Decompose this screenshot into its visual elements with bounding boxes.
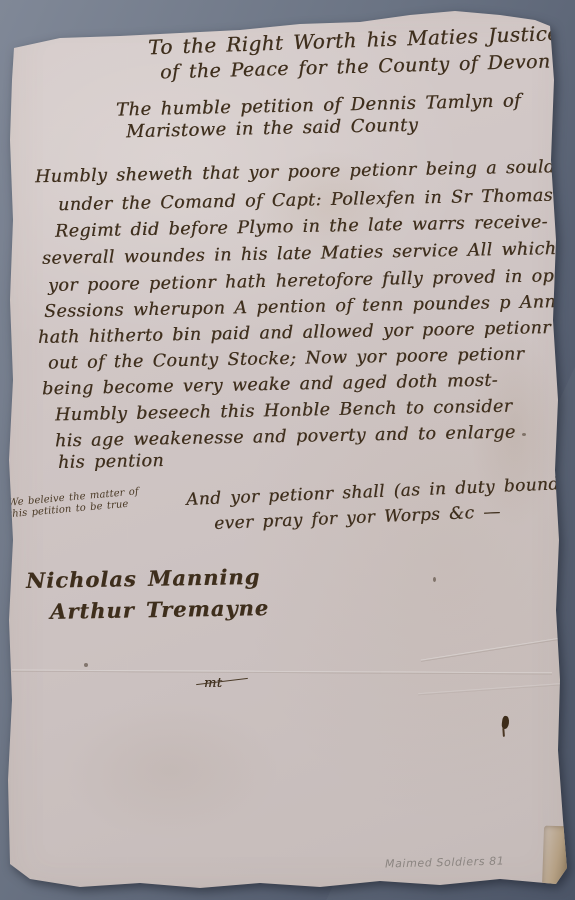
archival-note: Maimed Soldiers 81 [385, 854, 505, 870]
body-line: Sessions wherupon A pention of tenn poun… [44, 292, 568, 322]
body-line: being become very weake and aged doth mo… [42, 371, 498, 400]
manuscript-paper-wrap: To the Right Worth his Maties Justices o… [0, 0, 575, 900]
manuscript-paper: To the Right Worth his Maties Justices o… [0, 0, 575, 900]
fold-crease-horizontal [12, 670, 552, 675]
paper-stain [60, 700, 280, 840]
signature-arthur-tremayne: Arthur Tremayne [50, 595, 270, 624]
body-line: Humbly sheweth that yor poore petionr be… [35, 157, 575, 187]
body-line: hath hitherto bin paid and allowed yor p… [38, 318, 551, 348]
body-line: out of the County Stocke; Now yor poore … [48, 344, 525, 373]
body-line: severall woundes in his late Maties serv… [42, 239, 557, 269]
body-line: his pention [58, 451, 164, 473]
body-line: Regimt did before Plymo in the late warr… [55, 212, 548, 241]
paper-speck [433, 577, 436, 582]
fold-crease-diagonal [421, 636, 569, 661]
ink-blot [501, 716, 510, 730]
paper-fold-edge [542, 826, 569, 891]
body-line: Humbly beseech this Honble Bench to cons… [55, 397, 513, 426]
paper-speck [84, 663, 88, 667]
body-line: yor poore petionr hath heretofore fully … [48, 266, 575, 296]
body-line: his age weakenesse and poverty and to en… [55, 423, 516, 452]
fold-crease-diagonal [418, 683, 568, 695]
closing-line-1: And yor petionr shall (as in duty bound) [186, 474, 567, 510]
body-line: under the Comand of Capt: Pollexfen in S… [58, 185, 575, 216]
paper-speck [522, 433, 526, 436]
signature-nicholas-manning: Nicholas Manning [26, 564, 261, 593]
